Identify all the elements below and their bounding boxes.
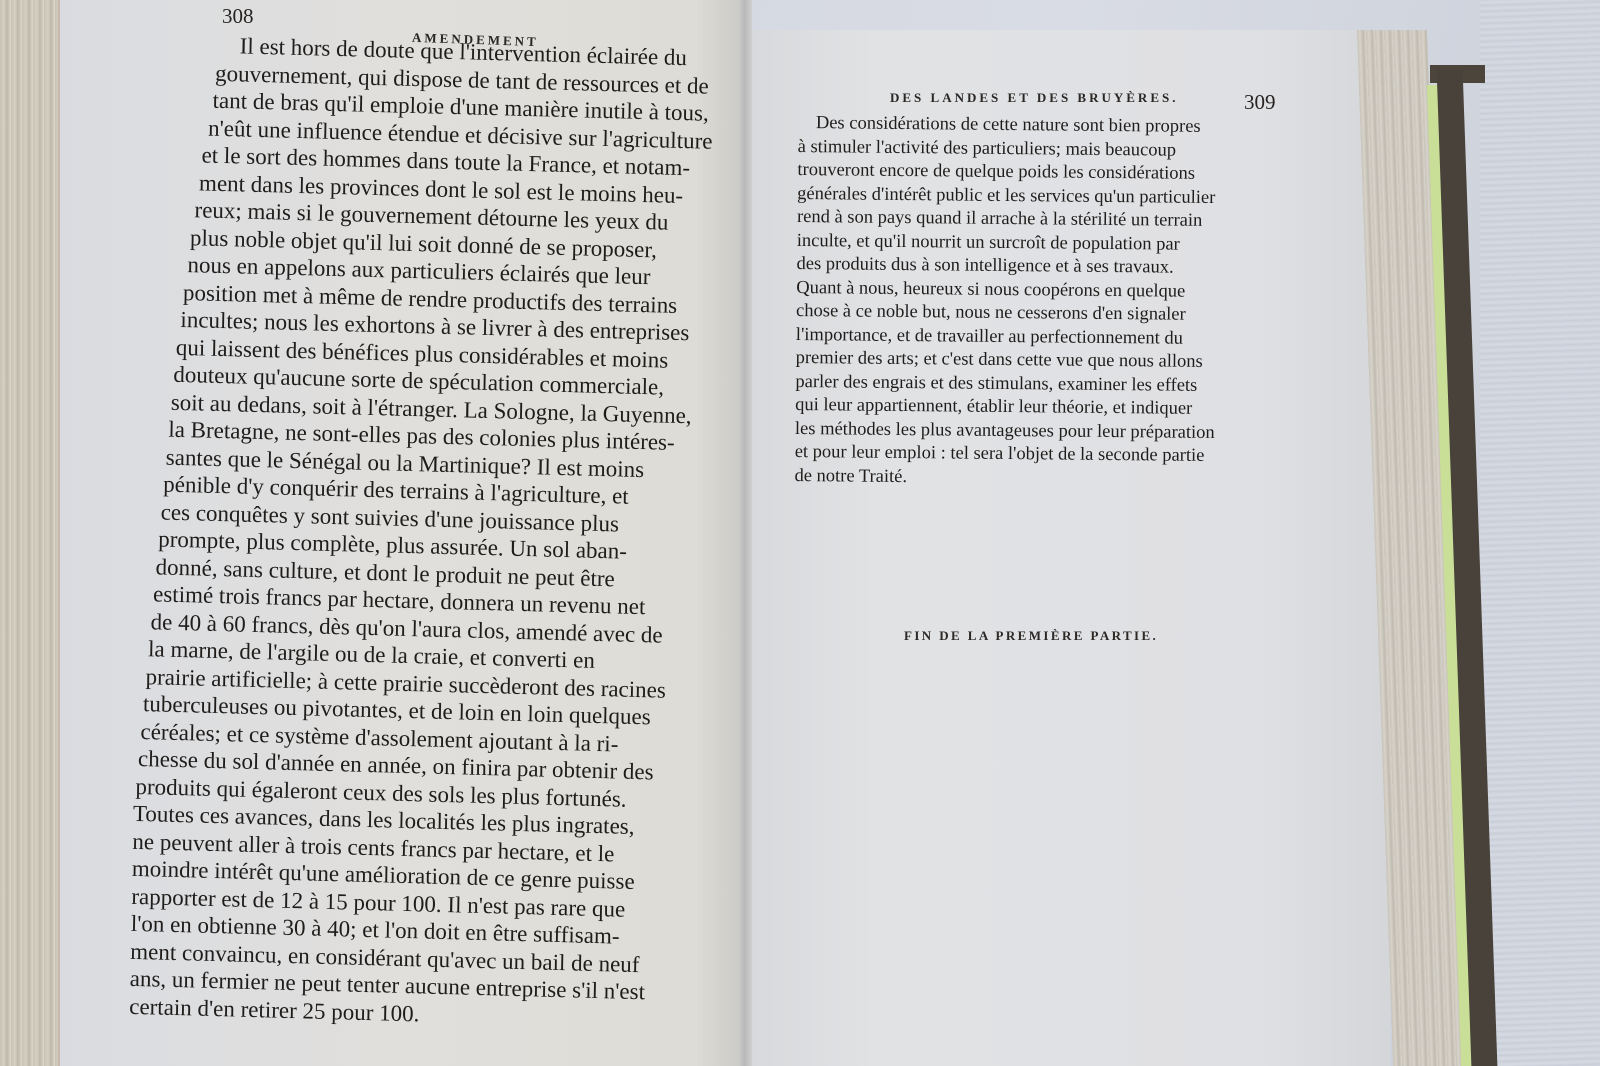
open-book: 308 AMENDEMENT Il est hors de doute que … <box>0 0 1600 1066</box>
book-gutter <box>738 0 752 1066</box>
right-running-head: DES LANDES ET DES BRUYÈRES. <box>890 90 1178 106</box>
left-page-body: Il est hors de doute que l'intervention … <box>129 30 728 1035</box>
right-page-body: Des considérations de cette nature sont … <box>794 112 1288 493</box>
right-page-number: 309 <box>1244 90 1276 115</box>
left-page-number: 308 <box>222 4 254 29</box>
end-of-part-colophon: FIN DE LA PREMIÈRE PARTIE. <box>904 628 1158 644</box>
text-line: de notre Traité. <box>794 464 1284 492</box>
